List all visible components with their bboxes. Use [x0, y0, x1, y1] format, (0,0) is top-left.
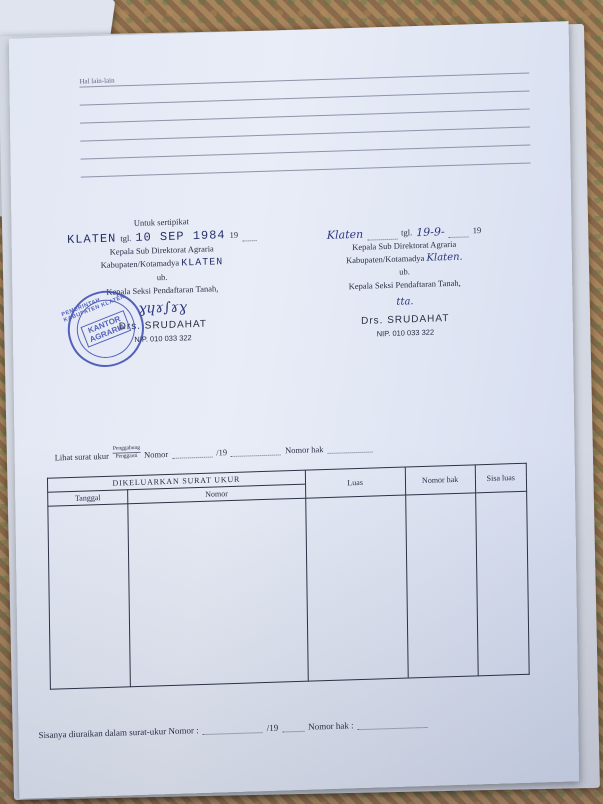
- tanggal-cell: [48, 504, 131, 690]
- nomor-blank: [172, 448, 212, 459]
- tgl-label: tgl.: [401, 226, 412, 239]
- remarks-label: Hal lain-lain: [79, 76, 114, 85]
- date-handwritten: 19-9-: [416, 225, 445, 239]
- sisa-luas-header: Sisa luas: [475, 463, 527, 493]
- remainder-hak-label: Nomor hak :: [308, 720, 354, 731]
- survey-type-fraction: Penggabung Pengganti: [113, 445, 140, 461]
- survey-label: Lihat surat ukur: [55, 451, 109, 463]
- certificate-page: Hal lain-lain Untuk sertipikat KLATEN tg…: [9, 21, 579, 799]
- nomor-cell: [128, 498, 308, 687]
- regency-label: Kabupaten/Kotamadya: [346, 253, 424, 265]
- year-prefix: 19: [473, 224, 482, 237]
- survey-reference-line: Lihat surat ukur Penggabung Pengganti No…: [55, 438, 373, 463]
- year-label: /19: [216, 447, 227, 457]
- right-signature-block: Klaten tgl. 19-9- 19 Kepala Sub Direktor…: [301, 223, 507, 342]
- nomor-hak-cell: [405, 493, 478, 678]
- nomor-hak-header: Nomor hak: [405, 465, 475, 495]
- hak-blank: [327, 443, 372, 454]
- year-blank: [231, 445, 281, 457]
- remainder-year-blank: [282, 722, 304, 733]
- hak-label: Nomor hak: [285, 444, 324, 455]
- nomor-label: Nomor: [144, 449, 168, 460]
- regency-label: Kabupaten/Kotamadya: [101, 258, 179, 270]
- place-handwritten: Klaten: [327, 228, 363, 242]
- regency-stamp: KLATEN: [181, 257, 223, 269]
- luas-cell: [305, 495, 408, 681]
- remainder-hak-blank: [358, 718, 428, 730]
- remainder-year: /19: [267, 723, 279, 733]
- year-prefix: 19: [229, 229, 238, 242]
- seal-center: KANTOR AGRARIA: [81, 310, 131, 347]
- remainder-label: Sisanya diuraikan dalam surat-ukur Nomor…: [38, 725, 198, 740]
- luas-header: Luas: [305, 467, 405, 498]
- table-row: [48, 491, 529, 689]
- regency-handwritten: Klaten.: [426, 252, 462, 264]
- remainder-line: Sisanya diuraikan dalam surat-ukur Nomor…: [38, 718, 427, 740]
- survey-issuance-table: DIKELUARKAN SURAT UKUR Luas Nomor hak Si…: [47, 463, 530, 690]
- remainder-nomor-blank: [203, 723, 263, 735]
- sisa-luas-cell: [475, 491, 529, 676]
- tgl-label: tgl.: [120, 232, 131, 245]
